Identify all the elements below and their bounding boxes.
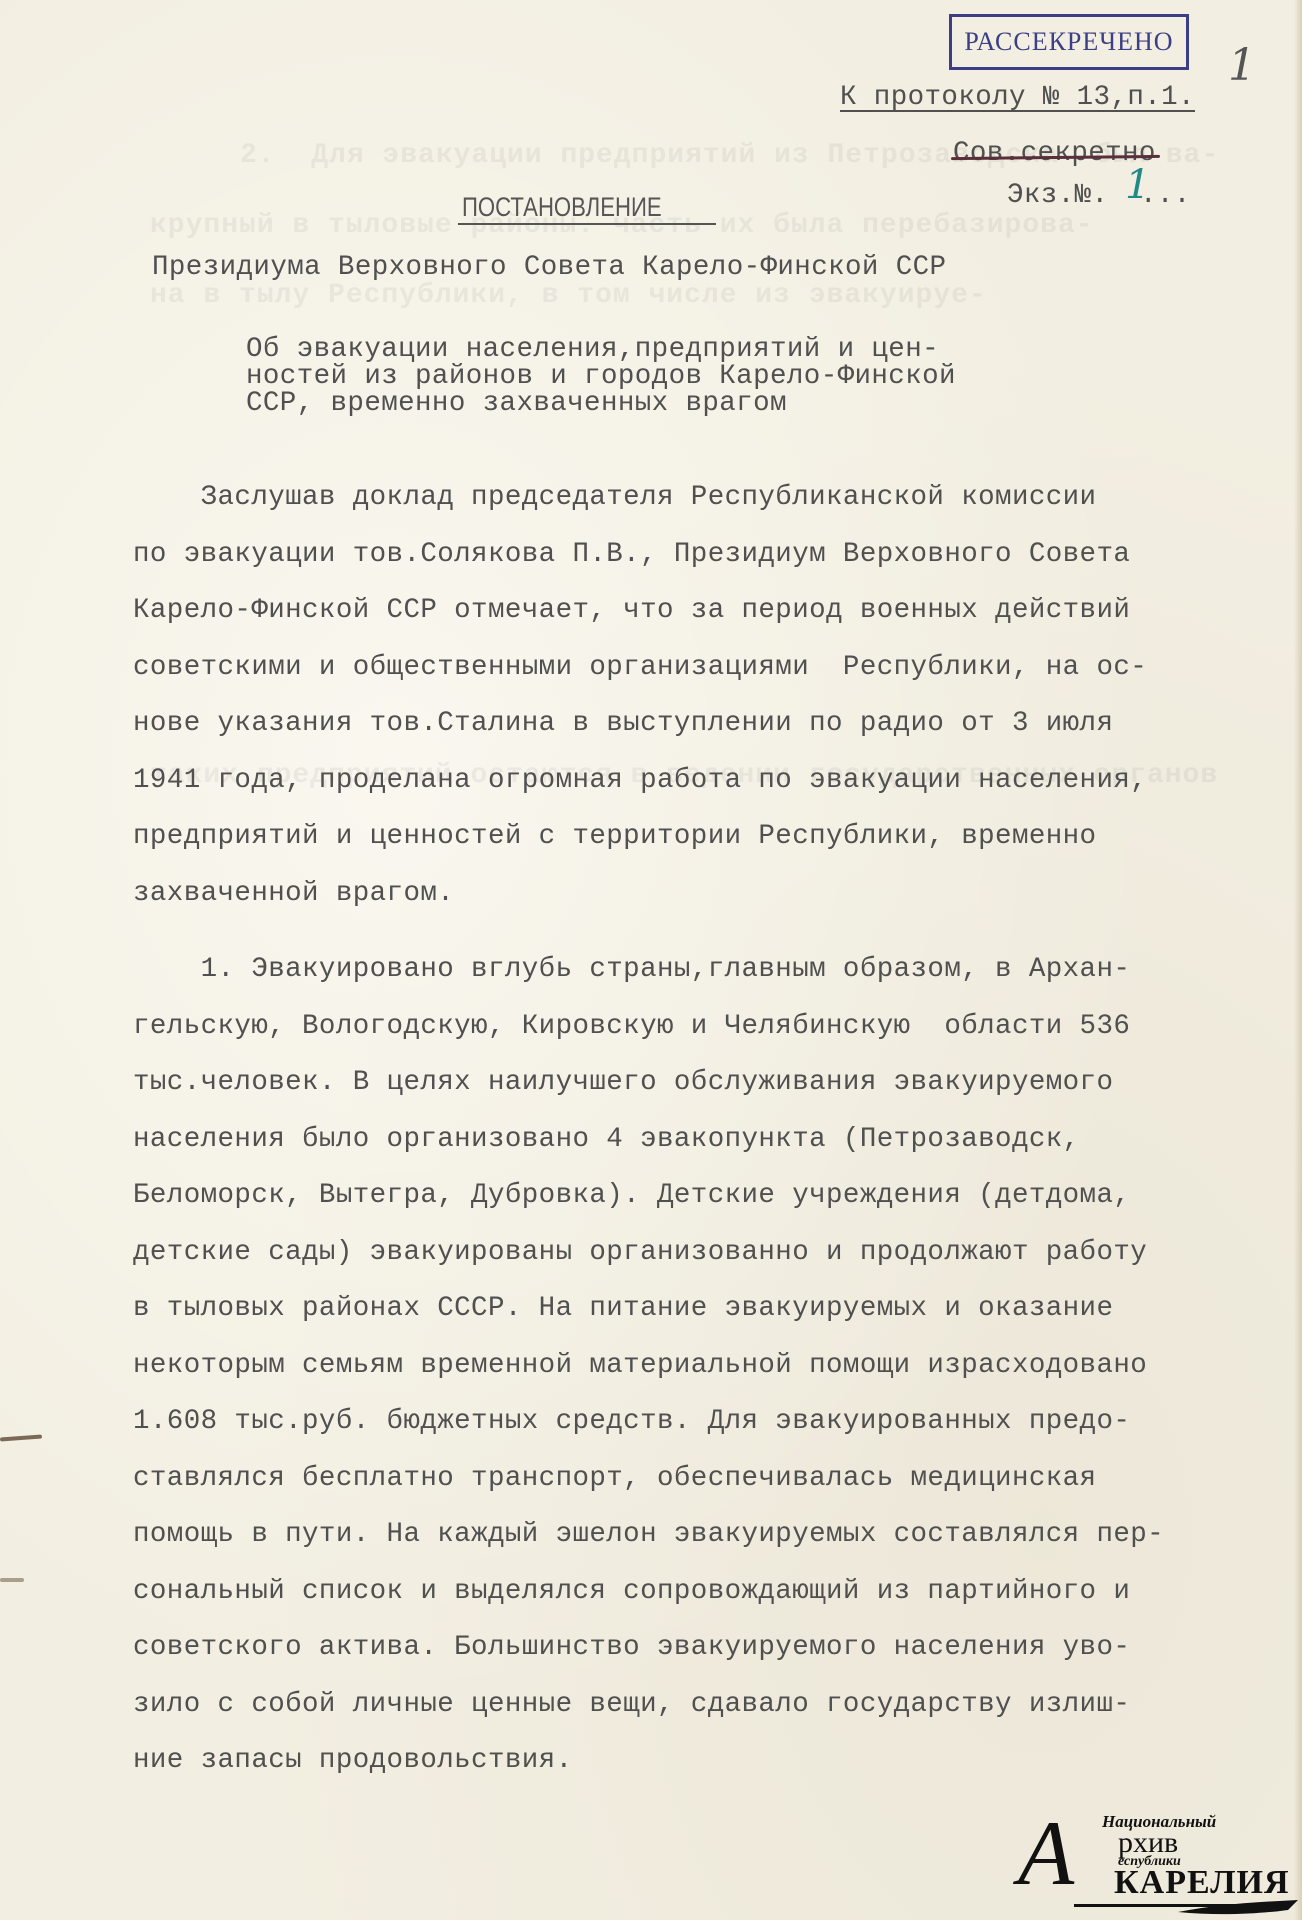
logo-line-4: КАРЕЛИЯ <box>1114 1864 1290 1902</box>
archive-logo: А Национальный рхив еспублики КАРЕЛИЯ <box>1018 1808 1300 1918</box>
margin-mark <box>0 1435 42 1442</box>
logo-initial: А <box>1018 1800 1074 1906</box>
body-line: 1941 года, проделана огромная работа по … <box>133 765 1147 796</box>
margin-mark <box>0 1578 24 1582</box>
body-line: предприятий и ценностей с территории Рес… <box>133 821 1096 852</box>
copy-label: Экз.№. <box>1007 180 1108 211</box>
quill-icon <box>1178 1900 1298 1918</box>
body-line: сональный список и выделялся сопровождаю… <box>133 1576 1130 1607</box>
body-line: Беломорск, Вытегра, Дубровка). Детские у… <box>133 1180 1130 1211</box>
title-underline <box>458 223 716 225</box>
body-line: Заслушав доклад председателя Республикан… <box>133 482 1096 513</box>
body-line: нове указания тов.Сталина в выступлении … <box>133 708 1113 739</box>
body-line: захваченной врагом. <box>133 878 454 909</box>
body-line: 1. Эвакуировано вглубь страны,главным об… <box>133 954 1130 985</box>
pencil-page-number: 1 <box>1228 40 1256 91</box>
page-edge <box>1294 0 1302 1920</box>
body-line: в тыловых районах СССР. На питание эваку… <box>133 1293 1113 1324</box>
bleed-through-text: на в тылу Республики, в том числе из эва… <box>150 280 987 311</box>
body-line: тыс.человек. В целях наилучшего обслужив… <box>133 1067 1113 1098</box>
body-line: детские сады) эвакуированы организованно… <box>133 1237 1147 1268</box>
body-line: 1.608 тыс.руб. бюджетных средств. Для эв… <box>133 1406 1130 1437</box>
body-line: гельскую, Вологодскую, Кировскую и Челяб… <box>133 1011 1130 1042</box>
body-line: советскими и общественными организациями… <box>133 652 1147 683</box>
declassified-stamp: РАССЕКРЕЧЕНО <box>949 14 1189 70</box>
body-line: по эвакуации тов.Солякова П.В., Президиу… <box>133 539 1130 570</box>
document-title: ПОСТАНОВЛЕНИЕ <box>462 192 662 223</box>
body-line: зило с собой личные ценные вещи, сдавало… <box>133 1689 1130 1720</box>
copy-trailing-dots: ... <box>1140 180 1191 211</box>
subject-line: ССР, временно захваченных врагом <box>246 388 787 419</box>
body-line: ние запасы продовольствия. <box>133 1745 572 1776</box>
body-line: Карело-Финской ССР отмечает, что за пери… <box>133 595 1130 626</box>
document-page: 2. Для эвакуации предприятий из Петрозав… <box>0 0 1302 1920</box>
body-line: советского актива. Большинство эвакуируе… <box>133 1632 1130 1663</box>
protocol-reference: К протоколу № 13,п.1. <box>840 82 1195 113</box>
issuer-line: Президиума Верховного Совета Карело-Финс… <box>152 252 946 283</box>
body-line: населения было организовано 4 эвакопункт… <box>133 1124 1080 1155</box>
body-line: некоторым семьям временной материальной … <box>133 1350 1147 1381</box>
stamp-text: РАССЕКРЕЧЕНО <box>964 27 1173 57</box>
body-line: помощь в пути. На каждый эшелон эвакуиру… <box>133 1519 1164 1550</box>
body-line: ставлялся бесплатно транспорт, обеспечив… <box>133 1463 1096 1494</box>
